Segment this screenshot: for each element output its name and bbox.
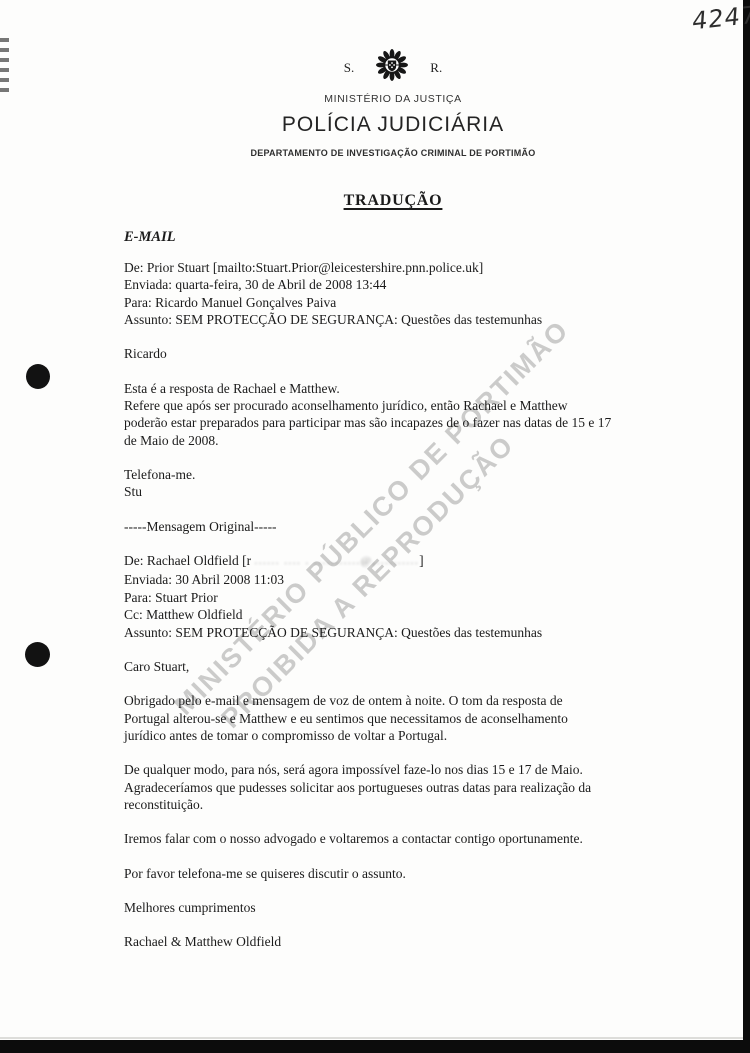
email-signature: Rachael & Matthew Oldfield [124,933,724,950]
letterhead-initial-right: R. [430,60,442,76]
handwritten-page-number: 4247 [691,0,750,35]
redacted-email-address: ...... .... . ...........@,.......... [254,553,419,570]
scan-fold-line [0,1037,744,1039]
hole-punch-dot [25,642,50,667]
email-paragraph: Iremos falar com o nosso advogado e volt… [124,830,724,847]
email-subject-line: Assunto: SEM PROTECÇÃO DE SEGURANÇA: Que… [124,624,724,641]
email-greeting: Ricardo [124,345,724,362]
email-greeting: Caro Stuart, [124,658,724,675]
scan-smudge-top-left [0,38,9,96]
email-to-line: Para: Stuart Prior [124,589,724,606]
translated-email-body: De: Prior Stuart [mailto:Stuart.Prior@le… [124,259,724,968]
letterhead-initial-left: S. [344,60,354,76]
email-sent-line: Enviada: quarta-feira, 30 de Abril de 20… [124,276,724,293]
letterhead: S. [36,48,750,158]
scan-edge-right [743,0,750,1053]
email-from-line: De: Rachael Oldfield [r ...... .... . ..… [124,552,724,571]
email-subject-line: Assunto: SEM PROTECÇÃO DE SEGURANÇA: Que… [124,311,724,328]
ministry-name: MINISTÉRIO DA JUSTIÇA [36,93,750,105]
scan-edge-bottom [0,1040,750,1053]
email-sent-line: Enviada: 30 Abril 2008 11:03 [124,571,724,588]
scanned-document-page: 4247 MINISTÉRIO PÚBLICO DE PORTIMÃO PROI… [0,0,750,1053]
portugal-coat-of-arms-icon [370,48,414,88]
department-name: DEPARTAMENTO DE INVESTIGAÇÃO CRIMINAL DE… [36,148,750,158]
hole-punch-dot [26,364,50,389]
email-from-line: De: Prior Stuart [mailto:Stuart.Prior@le… [124,259,724,276]
original-email-headers: De: Rachael Oldfield [r ...... .... . ..… [124,552,724,641]
forward-email-headers: De: Prior Stuart [mailto:Stuart.Prior@le… [124,259,724,328]
email-paragraph: Obrigado pelo e-mail e mensagem de voz d… [124,692,724,744]
email-to-line: Para: Ricardo Manuel Gonçalves Paiva [124,294,724,311]
email-cc-line: Cc: Matthew Oldfield [124,606,724,623]
agency-name: POLÍCIA JUDICIÁRIA [36,113,750,137]
email-closing: Melhores cumprimentos [124,899,724,916]
original-message-separator: -----Mensagem Original----- [124,518,724,535]
document-type-label: E-MAIL [124,229,176,246]
email-paragraph: Esta é a resposta de Rachael e Matthew. … [124,380,724,449]
email-paragraph: Por favor telefona-me se quiseres discut… [124,865,724,882]
email-paragraph: De qualquer modo, para nós, será agora i… [124,761,724,813]
document-title: TRADUÇÃO [36,192,750,210]
crest-row: S. [36,48,750,88]
email-sign-off: Telefona-me. Stu [124,466,724,501]
